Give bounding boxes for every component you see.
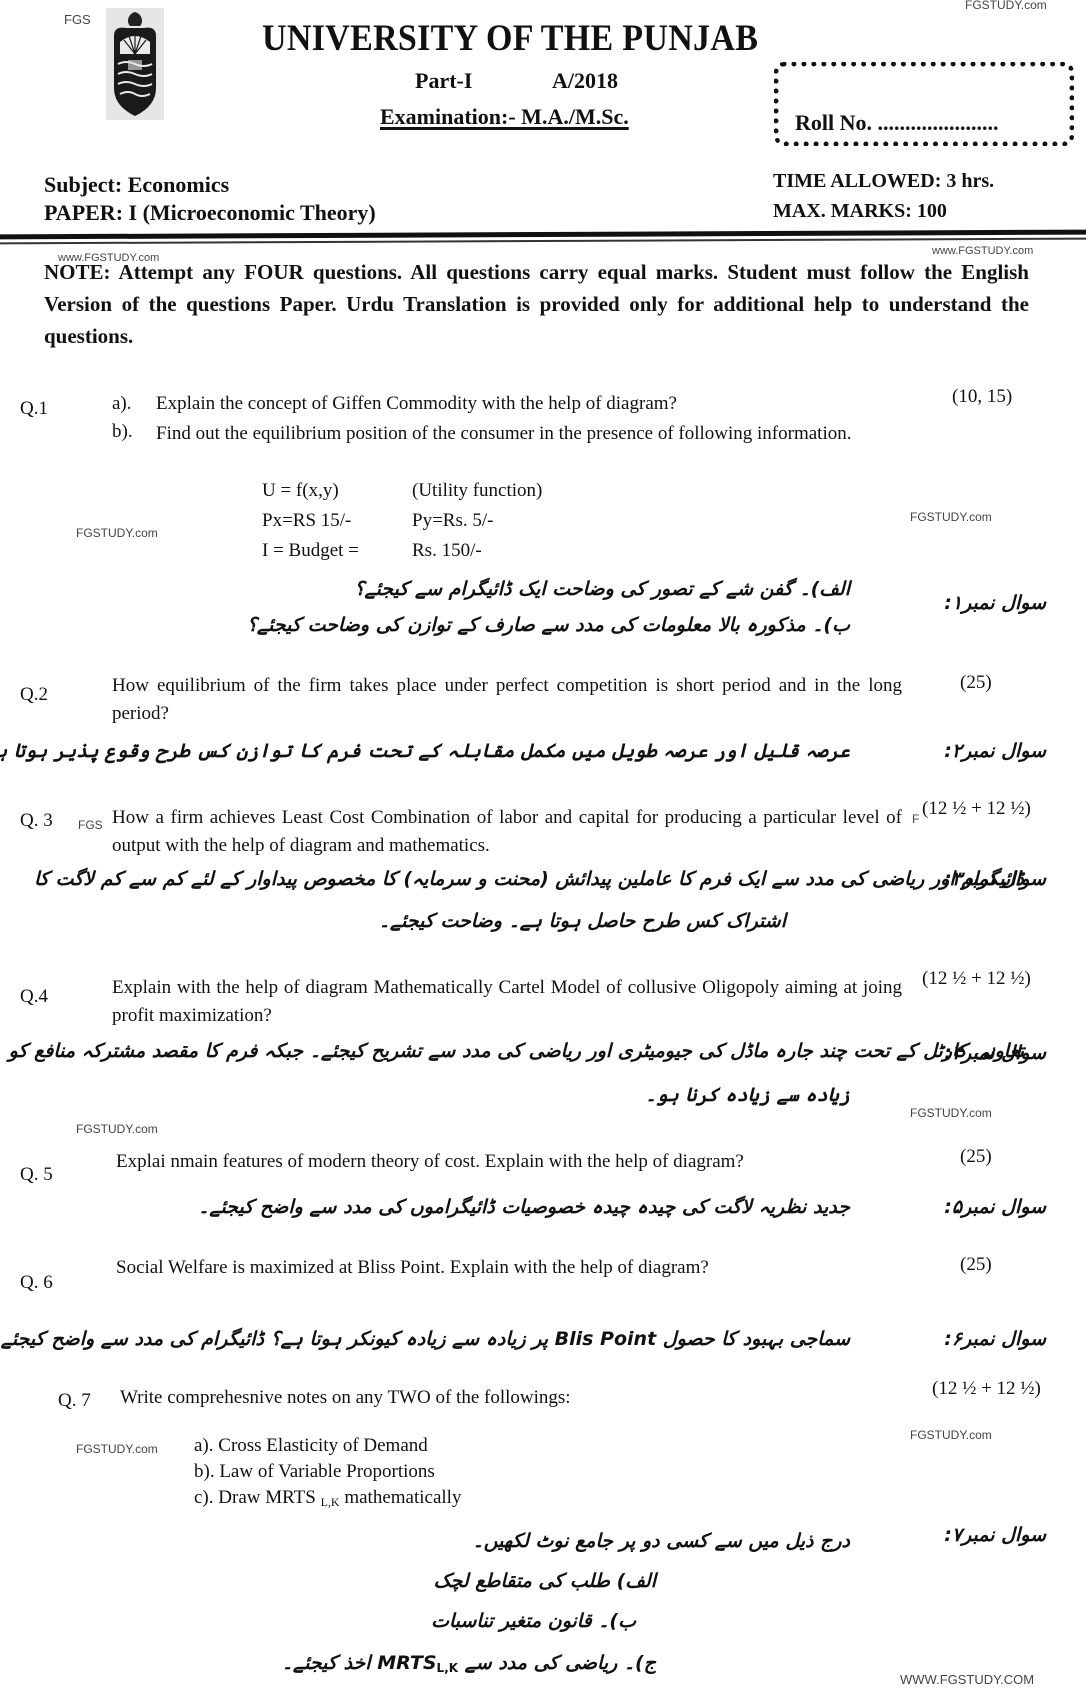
urdu-translation: سماجی بہبود کا حصول Blis Point پر زیادہ …: [0, 1328, 850, 1350]
urdu-translation: درج ذیل میں سے کسی دو پر جامع نوٹ لکھیں۔: [473, 1530, 850, 1552]
max-marks: MAX. MARKS: 100: [773, 200, 947, 223]
question-text: How a firm achieves Least Cost Combinati…: [112, 804, 902, 860]
urdu-translation: عرصہ قلیل اور عرصہ طویل میں مکمل مقابلہ …: [0, 740, 850, 762]
item-text: mathematically: [344, 1487, 461, 1508]
urdu-translation: زیادہ سے زیادہ کرنا ہو۔: [645, 1084, 850, 1106]
question-number: Q.4: [20, 986, 48, 1008]
item-text: Draw MRTS: [218, 1487, 316, 1508]
urdu-question-label: سوال نمبر۲:: [944, 740, 1046, 762]
info-right: Py=Rs. 5/-: [412, 510, 493, 532]
question-marks: (12 ½ + 12 ½): [922, 798, 1031, 820]
urdu-question-label: سوال نمبر۷:: [944, 1524, 1046, 1546]
question-part-label: a).: [112, 392, 132, 416]
question-number: Q. 7: [58, 1390, 91, 1412]
question-text: Write comprehesnive notes on any TWO of …: [120, 1386, 571, 1410]
watermark: FGSTUDY.com: [76, 1122, 158, 1136]
instructions-note: NOTE: Attempt any FOUR questions. All qu…: [44, 256, 1029, 352]
urdu-translation: ب)۔ قانون متغیر تناسبات: [431, 1610, 636, 1632]
question-text: Find out the equilibrium position of the…: [156, 420, 896, 448]
item-subscript: L,K: [321, 1495, 340, 1509]
urdu-question-label: سوال نمبر۶:: [944, 1328, 1046, 1350]
question-marks: (25): [960, 1254, 992, 1276]
question-marks: (10, 15): [952, 386, 1012, 408]
urdu-subscript: L,K: [437, 1661, 459, 1675]
urdu-translation: ڈائیگرام اور ریاضی کی مدد سے ایک فرم کا …: [34, 868, 1024, 890]
info-left: U = f(x,y): [262, 480, 339, 502]
subject-label: Subject: Economics: [44, 172, 229, 198]
watermark: FGSTUDY.com: [910, 1428, 992, 1442]
urdu-translation: جدید نظریہ لاگت کی چیدہ چیدہ خصوصیات ڈائ…: [198, 1196, 850, 1218]
note-item: a). Cross Elasticity of Demand: [194, 1434, 428, 1458]
item-label: c).: [194, 1487, 214, 1508]
watermark: FGSTUDY.com: [965, 0, 1047, 12]
session-label: A/2018: [552, 68, 618, 94]
item-text: Cross Elasticity of Demand: [218, 1435, 428, 1456]
urdu-translation: الف)۔ گفن شے کے تصور کی وضاحت ایک ڈائیگر…: [354, 578, 850, 600]
watermark: FGSTUDY.com: [76, 526, 158, 540]
question-part-label: b).: [112, 420, 133, 444]
university-title: UNIVERSITY OF THE PUNJAB: [262, 18, 758, 60]
question-text: How equilibrium of the firm takes place …: [112, 672, 902, 728]
item-text: Law of Variable Proportions: [219, 1461, 434, 1482]
university-crest-icon: [106, 8, 164, 120]
watermark: FGS: [78, 818, 103, 832]
question-number: Q. 5: [20, 1164, 53, 1186]
time-allowed: TIME ALLOWED: 3 hrs.: [773, 170, 994, 193]
urdu-translation: ج)۔ ریاضی کی مدد سے MRTSL,K اخذ کیجئے۔: [282, 1652, 656, 1675]
note-item: c). Draw MRTS L,K mathematically: [194, 1486, 461, 1514]
question-number: Q.1: [20, 398, 48, 420]
part-label: Part-I: [415, 68, 472, 94]
question-marks: (12 ½ + 12 ½): [922, 968, 1031, 990]
watermark: FGSTUDY.com: [76, 1442, 158, 1456]
question-number: Q. 3: [20, 810, 53, 832]
item-label: b).: [194, 1461, 215, 1482]
question-marks: (25): [960, 1146, 992, 1168]
paper-label: PAPER: I (Microeconomic Theory): [44, 200, 376, 226]
info-left: Px=RS 15/-: [262, 510, 351, 532]
question-text: Explain with the help of diagram Mathema…: [112, 974, 902, 1030]
urdu-translation: ب)۔ مذکورہ بالا معلومات کی مدد سے صارف ک…: [247, 614, 850, 636]
urdu-question-label: سوال نمبر۱:: [944, 592, 1046, 614]
watermark: FGS: [64, 12, 91, 27]
info-right: (Utility function): [412, 480, 542, 502]
info-left: I = Budget =: [262, 540, 359, 562]
info-right: Rs. 150/-: [412, 540, 482, 562]
item-label: a).: [194, 1435, 214, 1456]
urdu-text: اخذ کیجئے۔: [282, 1652, 371, 1674]
question-marks: (25): [960, 672, 992, 694]
note-item: b). Law of Variable Proportions: [194, 1460, 435, 1484]
watermark: FGSTUDY.com: [910, 510, 992, 524]
urdu-translation: تعاونی کارٹل کے تحت چند جارہ ماڈل کی جیو…: [9, 1040, 1024, 1062]
urdu-question-label: سوال نمبر۵:: [944, 1196, 1046, 1218]
question-number: Q.2: [20, 684, 48, 706]
question-marks: (12 ½ + 12 ½): [932, 1378, 1041, 1400]
urdu-text: ج)۔ ریاضی کی مدد سے MRTS: [377, 1652, 656, 1674]
urdu-translation: الف) طلب کی متقاطع لچک: [434, 1570, 656, 1592]
question-text: Explai nmain features of modern theory o…: [116, 1150, 744, 1174]
watermark: F: [912, 812, 919, 826]
roll-number-field[interactable]: Roll No. ......................: [795, 110, 999, 136]
question-text: Explain the concept of Giffen Commodity …: [156, 392, 886, 416]
watermark: WWW.FGSTUDY.COM: [900, 1672, 1034, 1687]
examination-label: Examination:- M.A./M.Sc.: [380, 104, 629, 130]
urdu-translation: اشتراک کس طرح حاصل ہوتا ہے۔ وضاحت کیجئے۔: [379, 910, 786, 932]
watermark: FGSTUDY.com: [910, 1106, 992, 1120]
question-text: Social Welfare is maximized at Bliss Poi…: [116, 1256, 709, 1280]
question-number: Q. 6: [20, 1272, 53, 1294]
